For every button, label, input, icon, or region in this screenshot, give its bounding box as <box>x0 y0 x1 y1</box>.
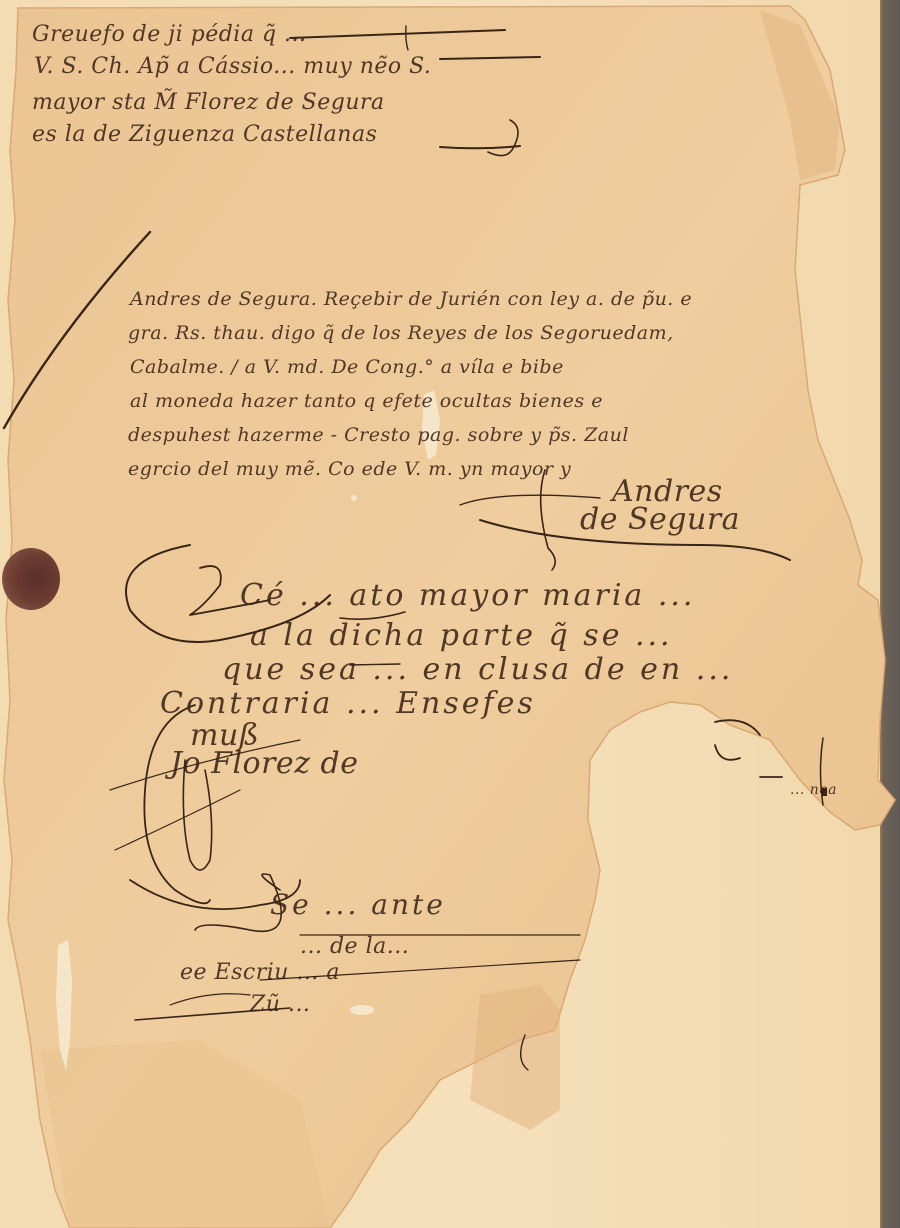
decree-line: a la dicha parte q̃ se ... <box>250 618 673 653</box>
manuscript-sheet <box>0 0 900 1228</box>
wax-seal-remnant <box>2 548 60 610</box>
paragraph-line: gra. Rs. thau. digo q̃ de los Reyes de l… <box>128 322 674 344</box>
signature-line: Jo Florez de <box>170 746 359 781</box>
decree-line: que sea ... en clusa de en ... <box>222 652 733 687</box>
header-line: mayor sta M̃ Florez de Segura <box>32 90 385 115</box>
header-line: Greuefo de ji pédia q̃ ... <box>32 22 307 47</box>
decree-line: Cé ... ato mayor maria ... <box>240 578 695 613</box>
paragraph-line: egrcio del muy mẽ. Co ede V. m. yn mayor… <box>128 458 571 480</box>
closing-line: ... de la... <box>300 934 409 959</box>
decree-line: Contraria ... Ensefes <box>160 686 536 721</box>
closing-line: Zũ ... <box>250 992 310 1017</box>
marginal-fragment: ... nea <box>790 782 837 798</box>
paragraph-line: Cabalme. / a V. md. De Cong.° a víla e b… <box>130 356 564 378</box>
signature-line: de Segura <box>580 502 740 537</box>
header-line: es la de Ziguenza Castellanas <box>32 122 377 147</box>
paragraph-line: Andres de Segura. Reçebir de Jurién con … <box>130 288 692 310</box>
closing-line: ee Escriu ... a <box>180 960 340 985</box>
header-line: V. S. Ch. Ap̃ a Cássio... muy nẽo S. <box>34 54 431 79</box>
closing-line: Se ... ante <box>270 888 446 921</box>
paragraph-line: al moneda hazer tanto q efete ocultas bi… <box>130 390 603 412</box>
paragraph-line: despuhest hazerme - Cresto pag. sobre y … <box>128 424 629 446</box>
